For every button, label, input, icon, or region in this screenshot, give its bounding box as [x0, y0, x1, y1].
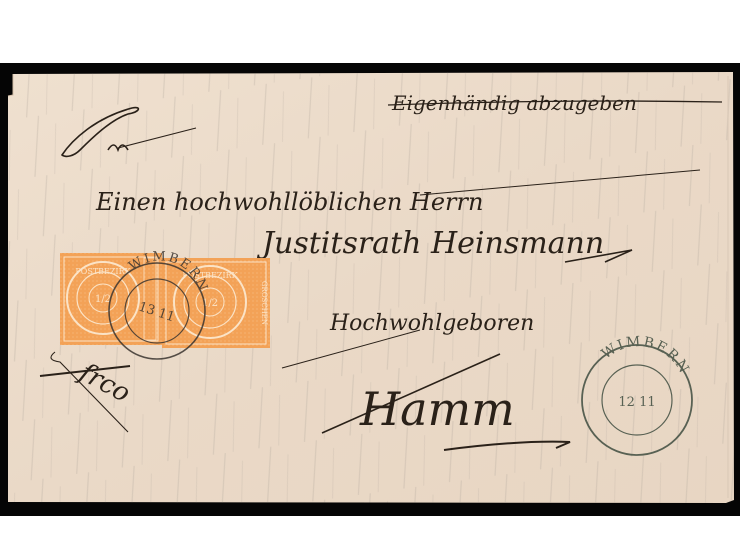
- svg-text:12 11: 12 11: [618, 395, 655, 410]
- address-line-3: Hochwohlgeboren: [329, 311, 534, 336]
- postal-cover: Eigenhändig abzugeben An Einen hochwohll…: [0, 0, 740, 557]
- address-line-2-name: Justitsrath Heinsmann: [256, 226, 604, 261]
- annotation-text: Eigenhändig abzugeben: [391, 91, 637, 115]
- destination-town: Hamm: [359, 382, 515, 436]
- svg-text:POSTBEZIRK: POSTBEZIRK: [75, 267, 131, 276]
- svg-text:GROSCHEN: GROSCHEN: [260, 281, 268, 325]
- stamp-pair: POSTBEZIRK 1/2 POSTBEZIRK 1/2 GROSCHEN: [60, 253, 270, 348]
- address-line-1: Einen hochwohllöblichen Herrn: [95, 188, 483, 216]
- svg-text:1/2: 1/2: [95, 294, 111, 305]
